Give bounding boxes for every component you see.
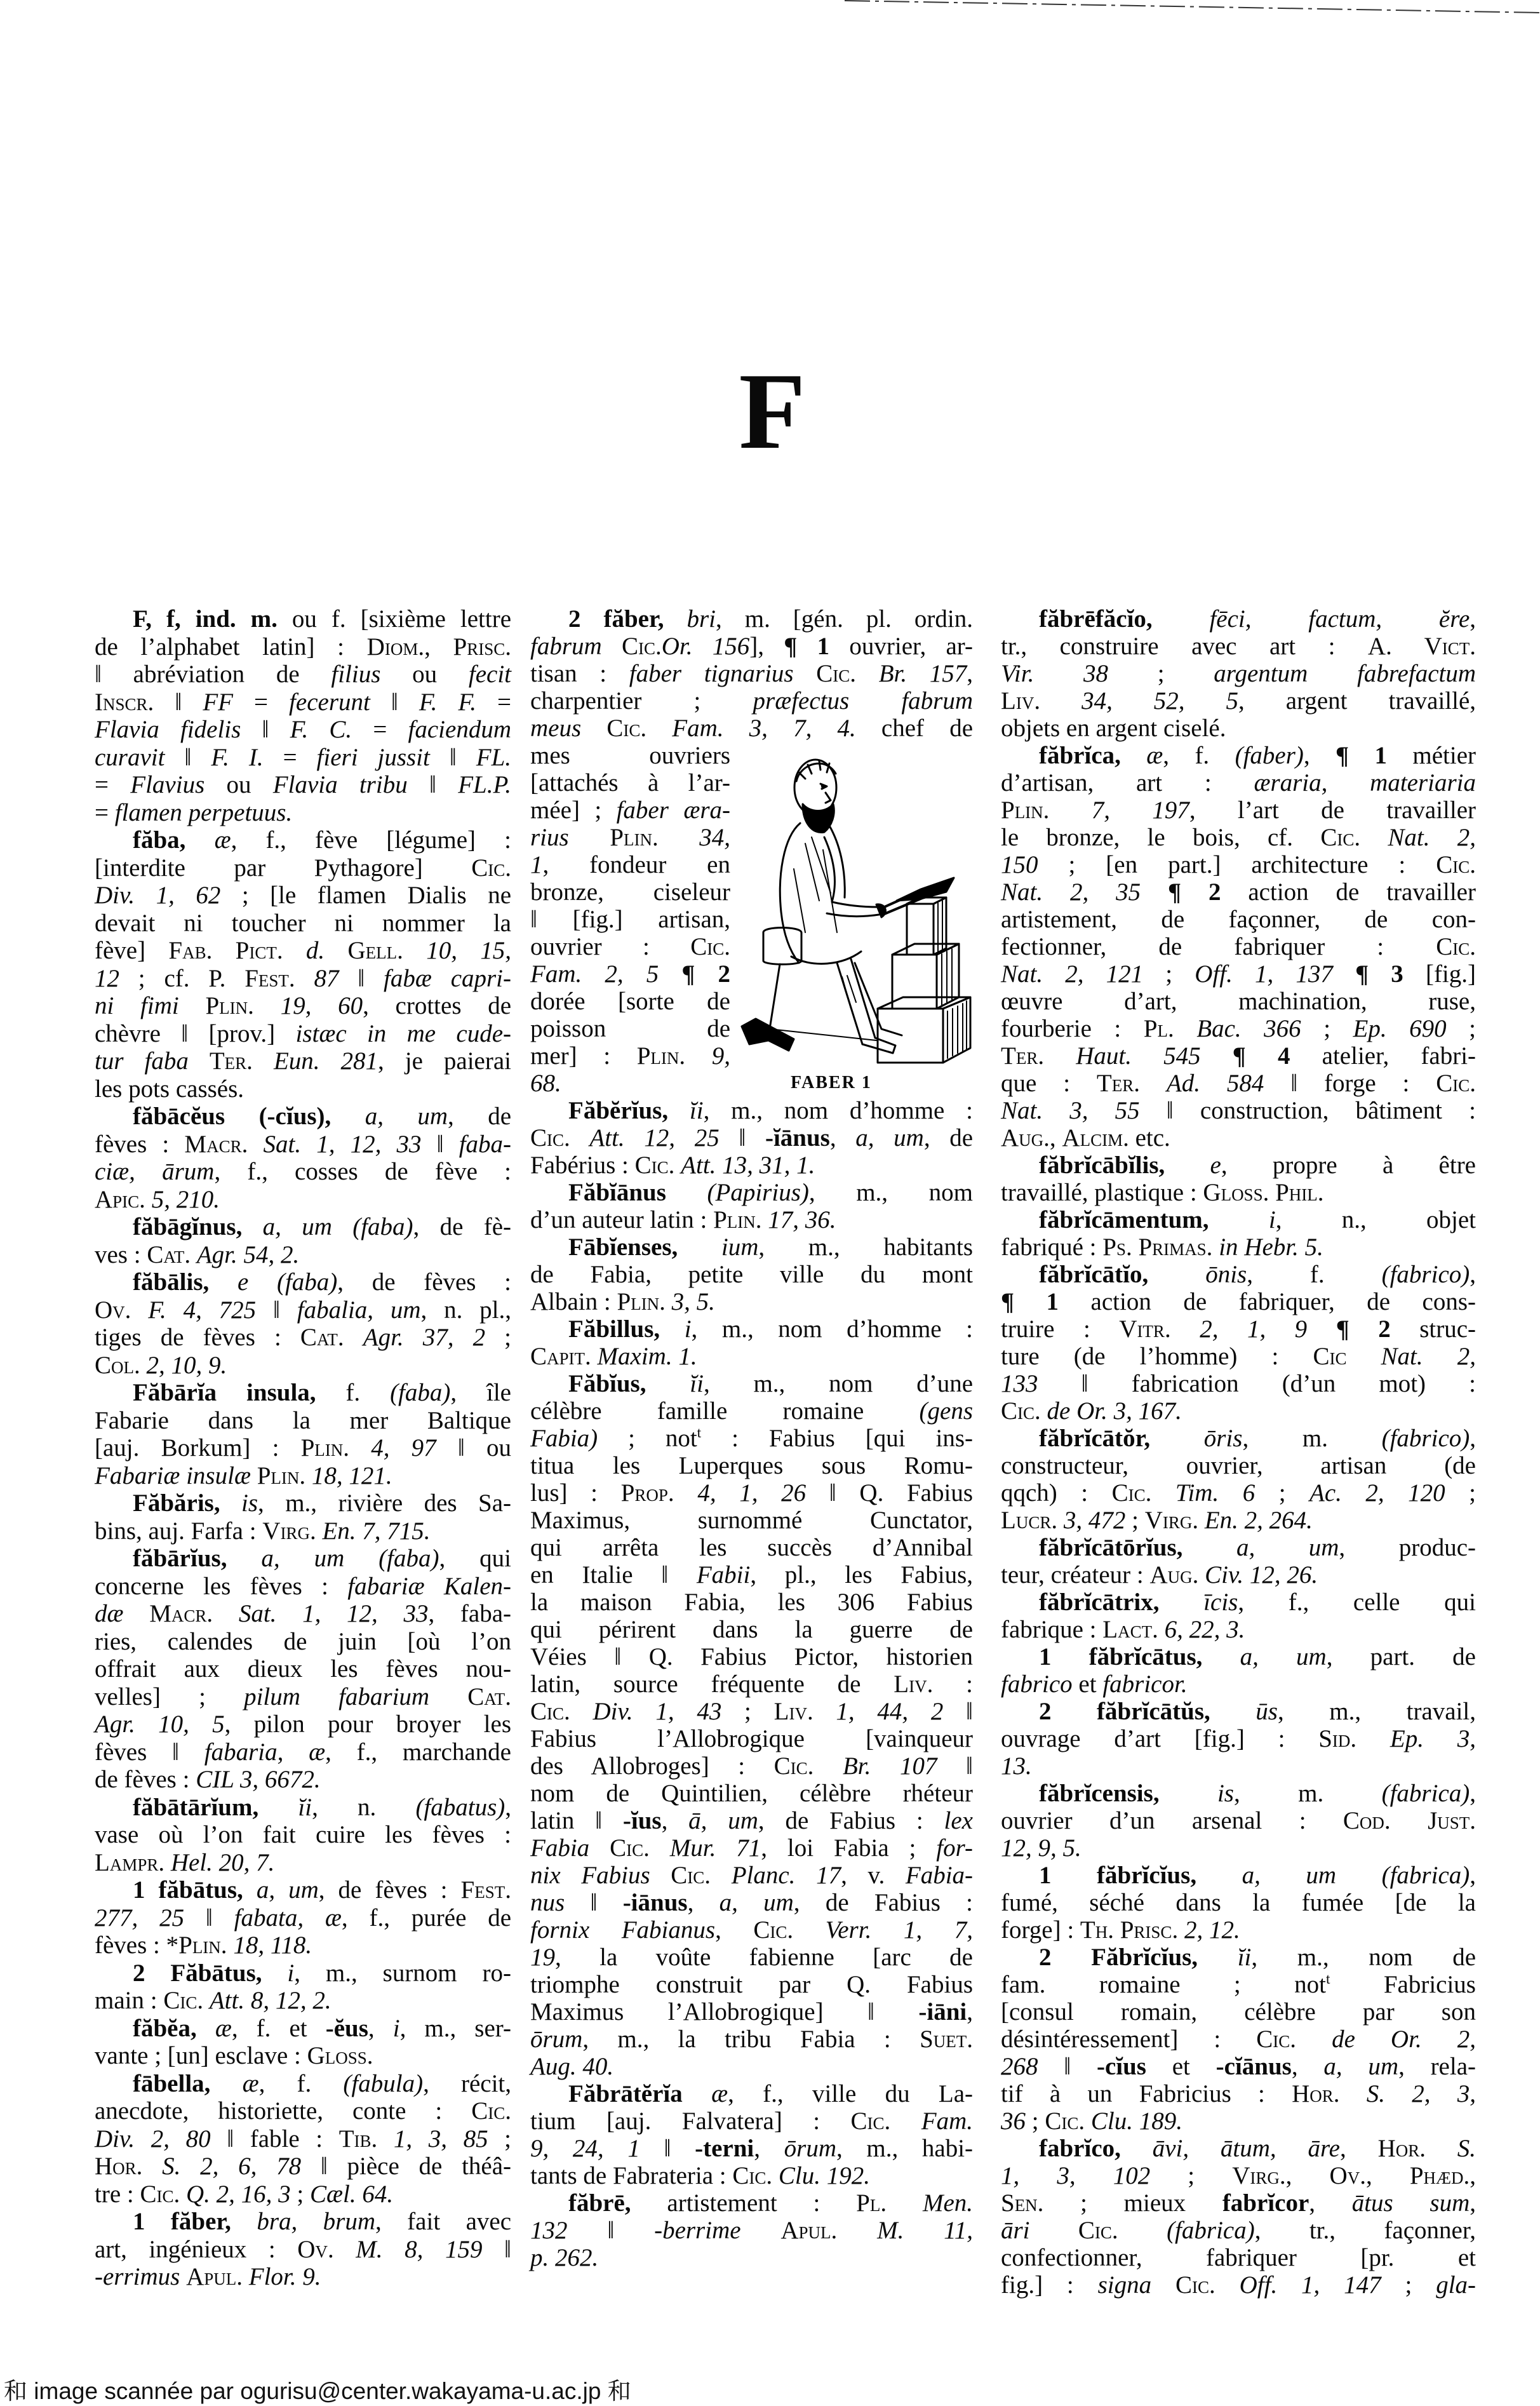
entry-line: 12 ; cf. P. Fest. 87 ‖ fabæ capri-: [95, 965, 511, 993]
dictionary-entry: făbrĭcābĭlis, e, propre à êtretravaillé,…: [1001, 1152, 1476, 1206]
entry-line: fèves : Macr. Sat. 1, 12, 33 ‖ faba-: [95, 1131, 511, 1159]
author-abbreviation: Cic.: [1256, 2026, 1296, 2053]
italic-text: is: [241, 1489, 258, 1517]
entry-line: tium [auj. Falvatera] : Cic. Fam.: [530, 2107, 973, 2135]
italic-text: Agr. 37, 2: [363, 1324, 485, 1351]
entry-line: nom de Quintilien, célèbre rhéteur: [530, 1780, 973, 1807]
dictionary-entry: 1 făbrĭcĭus, a, um (fabrica),fumé, séché…: [1001, 1862, 1476, 1944]
italic-text: F. F.: [419, 689, 476, 716]
italic-text: faba-: [459, 1131, 511, 1158]
entry-line: titua les Luperques sous Romu-: [530, 1452, 973, 1479]
author-abbreviation: Liv.: [774, 1698, 814, 1725]
dictionary-entry: făbrē, artistement : Pl. Men.132 ‖ -berr…: [530, 2189, 973, 2271]
entry-line: făbrĭcātrix, īcis, f., celle qui: [1001, 1589, 1476, 1616]
italic-text: 19: [530, 1944, 555, 1971]
author-abbreviation: Cic.: [1436, 851, 1476, 878]
author-abbreviation: Aug.: [1149, 1561, 1198, 1589]
entry-line: tif à un Fabricius : Hor. S. 2, 3,: [1001, 2080, 1476, 2107]
dictionary-entry: făbrĭcātŏr, ōris, m. (fabrico),construct…: [1001, 1425, 1476, 1534]
italic-text: fabariæ Kalen-: [347, 1573, 511, 1600]
author-abbreviation: Cod. Just.: [1343, 1807, 1476, 1834]
author-abbreviation: Inscr.: [95, 689, 154, 716]
bold-term: -iāni: [918, 1998, 967, 2026]
author-abbreviation: Cic.: [690, 933, 730, 960]
headword: făbrĭcātĭo,: [1039, 1261, 1148, 1288]
italic-text: a, um: [855, 1124, 924, 1152]
italic-text: S. 2, 6, 78: [162, 2153, 301, 2180]
italic-text: Fam.: [921, 2107, 973, 2135]
entry-line: tiges de fèves : Cat. Agr. 37, 2 ;: [95, 1324, 511, 1352]
entry-line: Făbĕrĭus, ĭi, m., nom d’homme :: [530, 1097, 973, 1124]
italic-text: Br. 157: [879, 660, 967, 687]
entry-line: făbrĭcātōrĭus, a, um, produc-: [1001, 1534, 1476, 1561]
italic-text: æraria, materiaria: [1254, 769, 1476, 796]
italic-text: ium: [721, 1233, 759, 1261]
dictionary-entry: Făbĭus, ĭi, m., nom d’unecélèbre famille…: [530, 1370, 973, 2080]
italic-text: 150: [1001, 851, 1038, 878]
author-abbreviation: Hor.: [95, 2153, 142, 2180]
italic-text: ĭi: [690, 1370, 704, 1397]
entry-line: 19, la voûte fabienne [arc de: [530, 1944, 973, 1971]
entry-line: 36 ; Cic. Clu. 189.: [1001, 2107, 1476, 2135]
entry-line: 12, 9, 5.: [1001, 1834, 1476, 1862]
dictionary-entry: făbrĭca, æ, f. (faber), ¶ 1 métierd’arti…: [1001, 742, 1476, 1152]
dictionary-entry: Făbăris, is, m., rivière des Sa-bins, au…: [95, 1489, 511, 1545]
author-abbreviation: Pl.: [1144, 1015, 1174, 1042]
entry-line: meus Cic. Fam. 3, 7, 4. chef de: [530, 715, 973, 742]
headword: 1 făbrĭcĭus,: [1039, 1862, 1196, 1889]
entry-line: Făbrātĕrĭa æ, f., ville du La-: [530, 2080, 973, 2107]
entry-line: main : Cic. Att. 8, 12, 2.: [95, 1987, 511, 2015]
author-abbreviation: Prop.: [621, 1479, 674, 1507]
superscript: t: [1326, 1971, 1330, 1987]
headword: 1 făber,: [133, 2208, 231, 2235]
entry-line: 2 făbrĭcātŭs, ūs, m., travail,: [1001, 1698, 1476, 1725]
italic-text: Div. 1, 43: [593, 1698, 721, 1725]
entry-line: Făbăris, is, m., rivière des Sa-: [95, 1489, 511, 1517]
headword: Făbrātĕrĭa: [568, 2080, 683, 2107]
headword: fabrĭco,: [1039, 2135, 1121, 2162]
italic-text: 17, 36.: [768, 1206, 836, 1233]
italic-text: bri: [686, 605, 716, 633]
entry-line: făbāgĭnus, a, um (faba), de fè-: [95, 1213, 511, 1241]
entry-line: teur, créateur : Aug. Civ. 12, 26.: [1001, 1561, 1476, 1589]
entry-line: Făbillus, i, m., nom d’homme :: [530, 1315, 973, 1343]
italic-text: signa: [1098, 2271, 1152, 2299]
italic-text: 10, 15,: [426, 937, 511, 964]
author-abbreviation: Alcim.: [1062, 1124, 1128, 1152]
italic-text: Fam. 2, 5: [530, 960, 659, 988]
entry-line: 9, 24, 1 ‖ -terni, ōrum, m., habi-: [530, 2135, 973, 2162]
italic-text: (fabula): [343, 2070, 423, 2097]
entry-line: fumé, séché dans la fumée [de la: [1001, 1889, 1476, 1916]
dictionary-entry: făbācĕus (-cĭus), a, um, defèves : Macr.…: [95, 1103, 511, 1213]
entry-line: les pots cassés.: [95, 1075, 511, 1103]
dictionary-entry: 1 făbrĭcātus, a, um, part. defabrico et …: [1001, 1643, 1476, 1698]
entry-line: bins, auj. Farfa : Virg. En. 7, 715.: [95, 1517, 511, 1545]
entry-line: anecdote, historiette, conte : Cic.: [95, 2097, 511, 2125]
entry-line: d’artisan, art : æraria, materiaria: [1001, 769, 1476, 796]
italic-text: Att. 12, 25: [589, 1124, 719, 1152]
italic-text: 277, 25: [95, 1904, 184, 1932]
italic-text: āvi, ātum, āre: [1153, 2135, 1340, 2162]
italic-text: (faba): [390, 1379, 450, 1406]
italic-text: 1: [530, 851, 543, 878]
entry-line: tr., construire avec art : A. Vict.: [1001, 633, 1476, 660]
dictionary-entry: făbrĭcāmentum, i, n., objetfabriqué : Ps…: [1001, 1206, 1476, 1261]
author-abbreviation: Cic.: [1436, 1070, 1476, 1097]
entry-line: tisan : faber tignarius Cic. Br. 157,: [530, 660, 973, 687]
entry-line: en Italie ‖ Fabii, pl., les Fabius,: [530, 1561, 973, 1589]
italic-text: ĭi: [690, 1097, 704, 1124]
italic-text: i: [287, 1959, 294, 1987]
author-abbreviation: Ter.: [210, 1047, 253, 1075]
entry-line: nix Fabius Cic. Planc. 17, v. Fabia-: [530, 1862, 973, 1889]
author-abbreviation: Cic.: [1112, 1479, 1152, 1507]
author-abbreviation: Plin.: [257, 1462, 305, 1489]
italic-text: fēci, factum, ĕre: [1209, 605, 1470, 633]
italic-text: -errimus: [95, 2263, 180, 2290]
entry-line: Fabia) ; nott : Fabius [qui ins-: [530, 1425, 973, 1452]
italic-text: Flavia fidelis: [95, 716, 241, 743]
italic-text: Q. 2, 16, 3: [186, 2181, 291, 2208]
italic-text: S. 2, 3,: [1367, 2080, 1476, 2107]
entry-line: œuvre d’art, machination, ruse,: [1001, 988, 1476, 1015]
entry-line: Lampr. Hel. 20, 7.: [95, 1849, 511, 1877]
entry-line: 133 ‖ fabrication (d’un mot) :: [1001, 1370, 1476, 1397]
italic-text: filius: [331, 661, 380, 688]
italic-text: nus: [530, 1889, 565, 1916]
headword: făbācĕus (-cĭus),: [133, 1103, 331, 1130]
italic-text: FL.P.: [458, 771, 511, 798]
italic-text: lex: [944, 1807, 973, 1834]
entry-line: dæ Macr. Sat. 1, 12, 33, faba-: [95, 1600, 511, 1628]
headword: Făbĭānus: [568, 1179, 666, 1206]
entry-line: que : Ter. Ad. 584 ‖ forge : Cic.: [1001, 1070, 1476, 1097]
italic-text: āri: [1001, 2217, 1030, 2244]
bold-term: ¶ 1: [1001, 1288, 1059, 1315]
entry-line: făbārĭus, a, um (faba), qui: [95, 1545, 511, 1573]
italic-text: Div. 2, 80: [95, 2125, 211, 2153]
entry-line: Capit. Maxim. 1.: [530, 1343, 973, 1370]
italic-text: ūs: [1255, 1698, 1278, 1725]
author-abbreviation: Aug.: [1001, 1124, 1050, 1152]
bold-term: ¶ 1: [1336, 742, 1387, 769]
author-abbreviation: Ov.: [1330, 2162, 1366, 2189]
headword: făbāgĭnus,: [133, 1213, 242, 1240]
entry-line: d’un auteur latin : Plin. 17, 36.: [530, 1206, 973, 1233]
bold-term: ¶ 4: [1233, 1042, 1290, 1070]
author-abbreviation: Cic.: [471, 854, 511, 882]
entry-line: 1 făber, bra, brum, fait avec: [95, 2208, 511, 2236]
italic-text: ni fimi: [95, 992, 179, 1019]
italic-text: rius: [530, 824, 569, 851]
entry-line: Făbārĭa insula, f. (faba), île: [95, 1379, 511, 1407]
entry-line: fornix Fabianus, Cic. Verr. 1, 7,: [530, 1916, 973, 1944]
section-letter-heading: F: [0, 357, 1540, 466]
italic-text: 5, 210.: [152, 1186, 220, 1213]
entry-line: vase où l’on fait cuire les fèves :: [95, 1821, 511, 1849]
entry-line: ries, calendes de juin [où l’on: [95, 1628, 511, 1656]
italic-text: Clu. 192.: [779, 2162, 870, 2189]
entry-line: truire : Vitr. 2, 1, 9 ¶ 2 struc-: [1001, 1315, 1476, 1343]
entry-line: artistement, de façonner, de con-: [1001, 906, 1476, 933]
italic-text: 12, 9, 5.: [1001, 1834, 1081, 1862]
entry-line: fig.] : signa Cic. Off. 1, 147 ; gla-: [1001, 2271, 1476, 2299]
italic-text: 133: [1001, 1370, 1038, 1397]
dictionary-entry: făbārĭus, a, um (faba), quiconcerne les …: [95, 1545, 511, 1794]
author-abbreviation: Cic.: [1001, 1397, 1041, 1425]
entry-line: fèves : *Plin. 18, 118.: [95, 1932, 511, 1959]
author-abbreviation: Cic.: [1436, 933, 1476, 960]
faber-illustration-icon: [730, 742, 973, 1069]
entry-line: F, f, ind. m. ou f. [sixième lettre: [95, 605, 511, 633]
bold-term: ¶ 3: [1355, 960, 1403, 988]
italic-text: a, um: [365, 1103, 448, 1130]
entry-line: 277, 25 ‖ fabata, æ, f., purée de: [95, 1904, 511, 1932]
entry-line: fabrique : Lact. 6, 22, 3.: [1001, 1616, 1476, 1643]
italic-text: Fam. 3, 7, 4.: [672, 715, 855, 742]
entry-line: concerne les fèves : fabariæ Kalen-: [95, 1573, 511, 1601]
entry-line: făbrĭcātĭo, ōnis, f. (fabrico),: [1001, 1261, 1476, 1288]
author-abbreviation: Ter.: [1001, 1042, 1044, 1070]
entry-line: offrait aux dieux les fèves nou-: [95, 1655, 511, 1683]
entry-line: Cic. de Or. 3, 167.: [1001, 1397, 1476, 1425]
author-abbreviation: Pl.: [856, 2189, 887, 2217]
entry-line: tre : Cic. Q. 2, 16, 3 ; Cæl. 64.: [95, 2181, 511, 2208]
entry-line: Cic. Att. 12, 25 ‖ -ĭānus, a, um, de: [530, 1124, 973, 1152]
dictionary-entry: Făbillus, i, m., nom d’homme :Capit. Max…: [530, 1315, 973, 1370]
italic-text: Att. 8, 12, 2.: [210, 1987, 331, 2014]
italic-text: Fabia): [530, 1425, 598, 1452]
scan-artifact-line: [0, 0, 1540, 19]
entry-line: devait ni toucher ni nommer la: [95, 910, 511, 938]
italic-text: 12: [95, 965, 119, 992]
dictionary-entry: făbrĭcātōrĭus, a, um, produc-teur, créat…: [1001, 1534, 1476, 1589]
italic-text: in Hebr. 5.: [1219, 1233, 1323, 1261]
italic-text: a, um: [720, 1889, 794, 1916]
entry-line: Hor. S. 2, 6, 78 ‖ pièce de théâ-: [95, 2153, 511, 2181]
entry-line: qqch) : Cic. Tim. 6 ; Ac. 2, 120 ;: [1001, 1479, 1476, 1507]
author-abbreviation: Macr.: [149, 1600, 213, 1627]
italic-text: Maxim. 1.: [598, 1343, 697, 1370]
entry-line: vante ; [un] esclave : Gloss.: [95, 2042, 511, 2070]
entry-line: 268 ‖ -cĭus et -cĭānus, a, um, rela-: [1001, 2053, 1476, 2080]
italic-text: 34, 52, 5: [1081, 687, 1238, 715]
italic-text: is: [1217, 1780, 1234, 1807]
headword: făbārĭus,: [133, 1545, 227, 1572]
entry-line: āri Cic. (fabrica), tr., façonner,: [1001, 2217, 1476, 2244]
italic-text: F. C.: [290, 716, 352, 743]
italic-text: (gens: [920, 1397, 973, 1425]
italic-text: (faber): [1235, 742, 1304, 769]
entry-line: Fābĭenses, ium, m., habitants: [530, 1233, 973, 1261]
entry-line: charpentier ; præfectus fabrum: [530, 687, 973, 715]
scan-credit-footer: 和 image scannée par ogurisu@center.wakay…: [4, 2379, 631, 2404]
dictionary-entry: Fābĭenses, ium, m., habitantsde Fabia, p…: [530, 1233, 973, 1315]
author-abbreviation: Hor.: [1292, 2080, 1339, 2107]
entry-line: = flamen perpetuus.: [95, 799, 511, 827]
author-abbreviation: Virg.: [1145, 1507, 1198, 1534]
superscript: t: [697, 1425, 702, 1441]
headword: făbrĭcātrix,: [1039, 1589, 1160, 1616]
dictionary-entry: 1 făbātus, a, um, de fèves : Fest.277, 2…: [95, 1876, 511, 1959]
italic-text: (fabrico): [1382, 1261, 1470, 1288]
italic-text: Men.: [923, 2189, 973, 2217]
italic-text: p. 262.: [530, 2244, 598, 2271]
dictionary-entry: făbĕa, æ, f. et -ĕus, i, m., ser-vante ;…: [95, 2015, 511, 2070]
headword: făbrĭca,: [1039, 742, 1121, 769]
italic-text: Bac. 366: [1196, 1015, 1301, 1042]
headword: făbrĭcātōrĭus,: [1039, 1534, 1182, 1561]
headword: 2 Făbātus,: [133, 1959, 262, 1987]
entry-line: făbrĭcensis, is, m. (fabrica),: [1001, 1780, 1476, 1807]
entry-line: ves : Cat. Agr. 54, 2.: [95, 1241, 511, 1269]
author-abbreviation: Plin.: [713, 1206, 761, 1233]
entry-line: 1, 3, 102 ; Virg., Ov., Phæd.,: [1001, 2162, 1476, 2189]
author-abbreviation: Sen.: [1001, 2189, 1043, 2217]
italic-text: fabrum: [530, 633, 602, 660]
italic-text: tur faba: [95, 1047, 189, 1075]
entry-line: Maximus l’Allobrogique] ‖ -iāni,: [530, 1998, 973, 2026]
italic-text: fornix Fabianus: [530, 1916, 715, 1944]
italic-text: fabaria, æ: [204, 1738, 325, 1766]
italic-text: F. I.: [211, 744, 263, 771]
entry-line: Fabarie dans la mer Baltique: [95, 1407, 511, 1435]
headword: făbrĭcāmentum,: [1039, 1206, 1209, 1233]
author-abbreviation: Ov.: [297, 2236, 333, 2263]
entry-line: de fèves : CIL 3, 6672.: [95, 1766, 511, 1794]
entry-line: ni fimi Plin. 19, 60, crottes de: [95, 992, 511, 1020]
author-abbreviation: Cic.: [1045, 2107, 1085, 2135]
entry-line: qui périrent dans la guerre de: [530, 1616, 973, 1643]
italic-text: (Papirius): [707, 1179, 809, 1206]
italic-text: Nat. 2, 121: [1001, 960, 1143, 988]
dictionary-entry: făbātārĭum, ĭi, n. (fabatus),vase où l’o…: [95, 1794, 511, 1877]
author-abbreviation: Plin.: [1001, 796, 1049, 824]
italic-text: Aug. 40.: [530, 2053, 613, 2080]
headword: 2 făber,: [568, 605, 664, 633]
entry-line: făbālis, e (faba), de fèves :: [95, 1268, 511, 1296]
entry-line: făbrē, artistement : Pl. Men.: [530, 2189, 973, 2217]
italic-text: 4, 1, 26: [697, 1479, 806, 1507]
headword: Făbăris,: [133, 1489, 220, 1517]
italic-text: Civ. 12, 26.: [1205, 1561, 1318, 1589]
entry-line: 13.: [1001, 1752, 1476, 1780]
faber-figure: FABER 1: [730, 742, 973, 1096]
entry-line: 2 Făbātus, i, m., surnom ro-: [95, 1959, 511, 1987]
italic-text: de Or. 2,: [1332, 2026, 1476, 2053]
entry-line: fabriqué : Ps. Primas. in Hebr. 5.: [1001, 1233, 1476, 1261]
italic-text: En. 7, 715.: [322, 1517, 430, 1545]
entry-line: Véies ‖ Q. Fabius Pictor, historien: [530, 1643, 973, 1670]
italic-text: 1, 3, 102: [1001, 2162, 1150, 2189]
entry-line: Fabérius : Cic. Att. 13, 31, 1.: [530, 1152, 973, 1179]
dictionary-entry: fabrĭco, āvi, ātum, āre, Hor. S.1, 3, 10…: [1001, 2135, 1476, 2299]
author-abbreviation: Plin.: [205, 992, 253, 1019]
headword: Făbĕrĭus,: [568, 1097, 668, 1124]
italic-text: a, um: [257, 1876, 319, 1904]
italic-text: ōrum: [530, 2026, 582, 2053]
headword: 1 făbrĭcātus,: [1039, 1643, 1202, 1670]
entry-line: făbātārĭum, ĭi, n. (fabatus),: [95, 1794, 511, 1822]
italic-text: gla-: [1436, 2271, 1476, 2299]
dictionary-entry: 2 Făbātus, i, m., surnom ro-main : Cic. …: [95, 1959, 511, 2015]
entry-line: făbrĭcābĭlis, e, propre à être: [1001, 1152, 1476, 1179]
entry-line: 1 făbrĭcātus, a, um, part. de: [1001, 1643, 1476, 1670]
author-abbreviation: Hor.: [1378, 2135, 1426, 2162]
author-abbreviation: Cic.: [732, 2162, 772, 2189]
italic-text: 2, 12.: [1184, 1916, 1240, 1944]
author-abbreviation: Plin.: [617, 1288, 665, 1315]
entry-line: Sen. ; mieux fabrĭcor, ātus sum,: [1001, 2189, 1476, 2217]
author-abbreviation: Ov.: [95, 1296, 131, 1324]
entry-line: ōrum, m., la tribu Fabia : Suet.: [530, 2026, 973, 2053]
italic-text: ĭi: [1238, 1944, 1252, 1971]
entry-line: fam. romaine ; nott Fabricius: [1001, 1971, 1476, 1998]
entry-line: de l’alphabet latin] : Diom., Prisc.: [95, 633, 511, 661]
entry-line: curavit ‖ F. I. = fieri jussit ‖ FL.: [95, 744, 511, 772]
entry-line: 150 ; [en part.] architecture : Cic.: [1001, 851, 1476, 878]
entry-line: Apic. 5, 210.: [95, 1186, 511, 1214]
italic-text: (fabatus): [415, 1794, 505, 1821]
dictionary-entry: 2 făbrĭcātŭs, ūs, m., travail,ouvrage d’…: [1001, 1698, 1476, 1780]
italic-text: ōrum: [784, 2135, 836, 2162]
author-abbreviation: Gloss. Phil.: [1203, 1179, 1323, 1206]
entry-line: făbrĭca, æ, f. (faber), ¶ 1 métier: [1001, 742, 1476, 769]
italic-text: 18, 118.: [233, 1932, 312, 1959]
italic-text: 9,: [712, 1042, 730, 1070]
entry-line: Plin. 7, 197, l’art de travailler: [1001, 796, 1476, 824]
headword: F, f,: [133, 605, 181, 633]
italic-text: æ: [1146, 742, 1163, 769]
italic-text: præfectus fabrum: [753, 687, 973, 715]
italic-text: īcis: [1203, 1589, 1238, 1616]
dictionary-entry: Făbrātĕrĭa æ, f., ville du La-tium [auj.…: [530, 2080, 973, 2189]
italic-text: 18, 121.: [312, 1462, 392, 1489]
entry-line: Vir. 38 ; argentum fabrefactum: [1001, 660, 1476, 687]
bold-term: ind. m.: [196, 605, 278, 633]
entry-line: 1 făbātus, a, um, de fèves : Fest.: [95, 1876, 511, 1904]
italic-text: 34,: [699, 824, 730, 851]
bold-term: -iānus: [623, 1889, 688, 1916]
italic-text: dæ: [95, 1600, 124, 1627]
author-abbreviation: Cic.: [1320, 824, 1360, 851]
dictionary-column-1: F, f, ind. m. ou f. [sixième lettrede l’…: [95, 605, 511, 2291]
italic-text: fabrico: [1001, 1670, 1073, 1698]
entry-line: făbrĭcātŏr, ōris, m. (fabrico),: [1001, 1425, 1476, 1452]
italic-text: 19, 60: [281, 992, 363, 1019]
entry-line: 2 făber, bri, m. [gén. pl. ordin.: [530, 605, 973, 633]
author-abbreviation: Lampr.: [95, 1849, 164, 1876]
author-abbreviation: Ps. Primas.: [1102, 1233, 1212, 1261]
entry-line: art, ingénieux : Ov. M. 8, 159 ‖: [95, 2236, 511, 2264]
entry-line: Div. 1, 62 ; [le flamen Dialis ne: [95, 882, 511, 910]
entry-line: nus ‖ -iānus, a, um, de Fabius :: [530, 1889, 973, 1916]
entry-line: Nat. 2, 121 ; Off. 1, 137 ¶ 3 [fig.]: [1001, 960, 1476, 988]
entry-line: făba, æ, f., fève [légume] :: [95, 826, 511, 854]
headword: făbālis,: [133, 1268, 209, 1296]
entry-line: tants de Fabrateria : Cic. Clu. 192.: [530, 2162, 973, 2189]
italic-text: Flavius: [130, 771, 204, 798]
bold-term: ¶ 1: [784, 633, 829, 660]
entry-line: travaillé, plastique : Gloss. Phil.: [1001, 1179, 1476, 1206]
dictionary-entry: fābella, æ, f. (fabula), récit,anecdote,…: [95, 2070, 511, 2208]
italic-text: Fabariæ insulæ: [95, 1462, 251, 1489]
entry-line: Făbĭus, ĭi, m., nom d’une: [530, 1370, 973, 1397]
headword: 1 făbātus,: [133, 1876, 243, 1904]
italic-text: Flor. 9.: [249, 2263, 321, 2290]
